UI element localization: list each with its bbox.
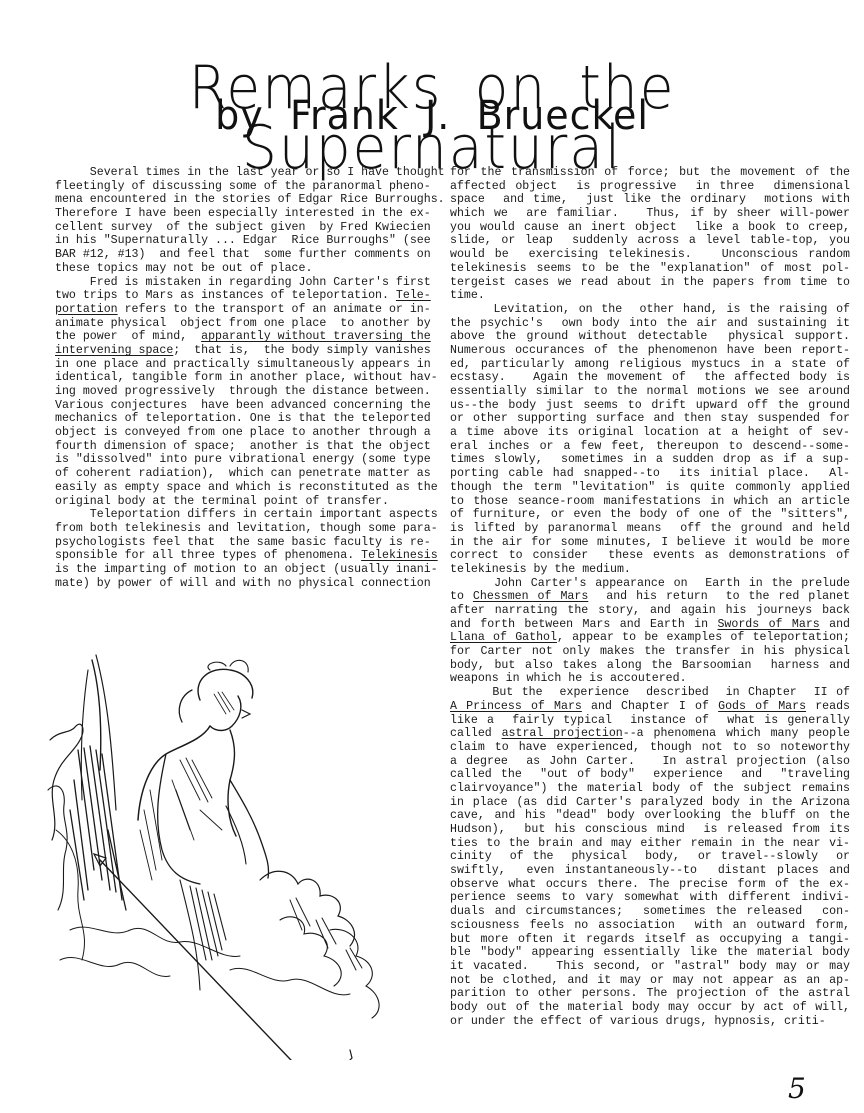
text-line: correct to consider these events as demo…	[450, 549, 850, 563]
underlined-title: Llana of Gathol	[450, 631, 557, 644]
text-line: Several times in the last year or so I h…	[55, 166, 423, 180]
text-line: ties to the brain and may either remain …	[450, 837, 850, 851]
text-line: in place (as did Carter's paralyzed body…	[450, 796, 850, 810]
text-line: or other supporting surface and then sta…	[450, 412, 850, 426]
text-line: duals and circumstances; sometimes the r…	[450, 905, 850, 919]
text-line: from both telekinesis and levitation, th…	[55, 522, 423, 536]
text-line: telekinesis seems to be the "explanation…	[450, 262, 850, 276]
underlined-title: apparantly without traversing the	[201, 330, 431, 343]
text-line: though the term "levitation" is quite co…	[450, 481, 850, 495]
text-line: you would cause an inert object like a b…	[450, 221, 850, 235]
text-line: clairvoyance") the material body of the …	[450, 782, 850, 796]
pen-and-ink-figure-icon	[30, 630, 400, 1060]
text-line: telekinesis by the medium.	[450, 563, 850, 577]
text-line: slide, or leap suddenly across a level t…	[450, 234, 850, 248]
article-byline: by Frank J. Brueckel	[22, 96, 843, 136]
text-line: would be exercising telekinesis. Unconsc…	[450, 248, 850, 262]
text-line: intervening space; that is, the body sim…	[55, 344, 423, 358]
text-line: for the transmission of force; but the m…	[450, 166, 850, 180]
text-line: of furniture, or even the body of one of…	[450, 508, 850, 522]
text-line: A Princess of Mars and Chapter I of Gods…	[450, 700, 850, 714]
text-line: body, but also takes along the Barsoomia…	[450, 659, 850, 673]
text-line: essentially similar to the normal motion…	[450, 385, 850, 399]
text-line: to those seance-room manifestations in w…	[450, 495, 850, 509]
text-line: body out of the material body may occur …	[450, 1001, 850, 1015]
text-line: ecstasy. Again the movement of the affec…	[450, 371, 850, 385]
text-line: fleetingly of discussing some of the par…	[55, 180, 423, 194]
text-line: object is conveyed from one place to ano…	[55, 426, 423, 440]
text-line: after narrating the story, and again his…	[450, 604, 850, 618]
text-line: in one place and practically simultaneou…	[55, 358, 423, 372]
text-line: cave, and his "dead" body overlooking th…	[450, 809, 850, 823]
text-line: or under the effect of various drugs, hy…	[450, 1015, 850, 1029]
text-line: weapons in which he is accoutered.	[450, 672, 850, 686]
text-line: is lifted by paranormal means off the gr…	[450, 522, 850, 536]
text-line: mena encountered in the stories of Edgar…	[55, 193, 423, 207]
text-line: mechanics of teleportation. One is that …	[55, 412, 423, 426]
text-line: But the experience described in Chapter …	[450, 686, 850, 700]
text-line: us--the body just seems to drift upward …	[450, 399, 850, 413]
text-line: claim to have experienced, though not to…	[450, 741, 850, 755]
text-line: is "dissolved" into pure vibrational ene…	[55, 453, 423, 467]
underlined-title: portation	[55, 303, 118, 316]
text-line: identical, tangible form in another plac…	[55, 371, 423, 385]
text-line: tergeist cases we read about in the pape…	[450, 276, 850, 290]
text-line: for Carter not only makes the transfer i…	[450, 645, 850, 659]
text-line: ble "body" appearing essentially like th…	[450, 946, 850, 960]
text-line: called the "out of body" experience and …	[450, 768, 850, 782]
text-line: parition to other persons. The projectio…	[450, 987, 850, 1001]
left-column: Several times in the last year or so I h…	[55, 166, 423, 590]
text-line: John Carter's appearance on Earth in the…	[450, 577, 850, 591]
text-line: in his "Supernaturally ... Edgar Rice Bu…	[55, 234, 423, 248]
text-line: two trips to Mars as instances of telepo…	[55, 289, 423, 303]
text-line: psychologists feel that the same basic f…	[55, 536, 423, 550]
text-line: of coherent radiation), which can penetr…	[55, 467, 423, 481]
text-line: Hudson), but his conscious mind is relea…	[450, 823, 850, 837]
text-line: observe what occurs there. The precise f…	[450, 878, 850, 892]
text-line: fourth dimension of space; another is th…	[55, 440, 423, 454]
text-line: Fred is mistaken in regarding John Carte…	[55, 276, 423, 290]
text-line: sciousness feels no association with an …	[450, 919, 850, 933]
text-line: like a fairly typical instance of what i…	[450, 714, 850, 728]
text-line: but more often it regards itself as occu…	[450, 933, 850, 947]
text-line: BAR #12, #13) and feel that some further…	[55, 248, 423, 262]
text-line: Various conjectures have been advanced c…	[55, 399, 423, 413]
text-line: a degree as John Carter. In astral proje…	[450, 755, 850, 769]
text-line: eral inches or a few feet, thereupon to …	[450, 440, 850, 454]
text-line: cellent survey of the subject given by F…	[55, 221, 423, 235]
text-line: the psychic's own body into the air and …	[450, 317, 850, 331]
text-line: portation refers to the transport of an …	[55, 303, 423, 317]
text-line: and forth between Mars and Earth in Swor…	[450, 618, 850, 632]
underlined-title: Telekinesis	[361, 549, 438, 562]
text-line: these topics may not be out of place.	[55, 262, 423, 276]
text-line: easily as empty space and which is recon…	[55, 481, 423, 495]
text-line: in the air for some minutes, I believe i…	[450, 536, 850, 550]
text-line: animate physical object from one place t…	[55, 317, 423, 331]
text-line: called astral projection--a phenomena wh…	[450, 727, 850, 741]
text-line: Therefore I have been especially interes…	[55, 207, 423, 221]
text-line: sponsible for all three types of phenome…	[55, 549, 423, 563]
underlined-title: A Princess of Mars	[450, 700, 582, 713]
text-line: a time above its original location at a …	[450, 426, 850, 440]
text-line: space and time, just like the ordinary m…	[450, 193, 850, 207]
text-line: it vacated. This second, or "astral" bod…	[450, 960, 850, 974]
text-line: is the imparting of motion to an object …	[55, 563, 423, 577]
text-line: mate) by power of will and with no physi…	[55, 577, 423, 591]
underlined-title: astral projection	[502, 727, 623, 740]
text-line: perience seems to vary somewhat with dif…	[450, 891, 850, 905]
text-line: affected object is progressive in three …	[450, 180, 850, 194]
text-line: Llana of Gathol, appear to be examples o…	[450, 631, 850, 645]
text-line: which we are familiar. Thus, if by sheer…	[450, 207, 850, 221]
text-line: times slowly, sometimes in a sudden drop…	[450, 453, 850, 467]
text-line: porting cable had snapped--to its initia…	[450, 467, 850, 481]
text-line: original body at the terminal point of t…	[55, 495, 423, 509]
page-number: 5	[788, 1072, 806, 1105]
text-line: Teleportation differs in certain importa…	[55, 508, 423, 522]
underlined-title: Gods of Mars	[718, 700, 806, 713]
underlined-title: Chessmen of Mars	[473, 590, 588, 603]
underlined-title: intervening space	[55, 344, 173, 357]
underlined-title: Swords of Mars	[717, 618, 819, 631]
text-line: cinity of the physical body, or travel--…	[450, 850, 850, 864]
text-line: to Chessmen of Mars and his return to th…	[450, 590, 850, 604]
text-line: the power of mind, apparantly without tr…	[55, 330, 423, 344]
text-line: Levitation, on the other hand, is the ra…	[450, 303, 850, 317]
text-line: time.	[450, 289, 850, 303]
text-line: Numerous occurances of the phenomenon ha…	[450, 344, 850, 358]
text-line: ed, particularly among religious mystucs…	[450, 358, 850, 372]
illustration-figure	[30, 630, 400, 1060]
text-line: above the ground without detectable phys…	[450, 330, 850, 344]
text-line: ing moved progressively through the dist…	[55, 385, 423, 399]
text-line: swiftly, even instantaneously--to distan…	[450, 864, 850, 878]
text-line: not be clothed, and it may or may not ap…	[450, 974, 850, 988]
right-column: for the transmission of force; but the m…	[450, 166, 850, 1028]
underlined-title: Tele-	[396, 289, 431, 302]
